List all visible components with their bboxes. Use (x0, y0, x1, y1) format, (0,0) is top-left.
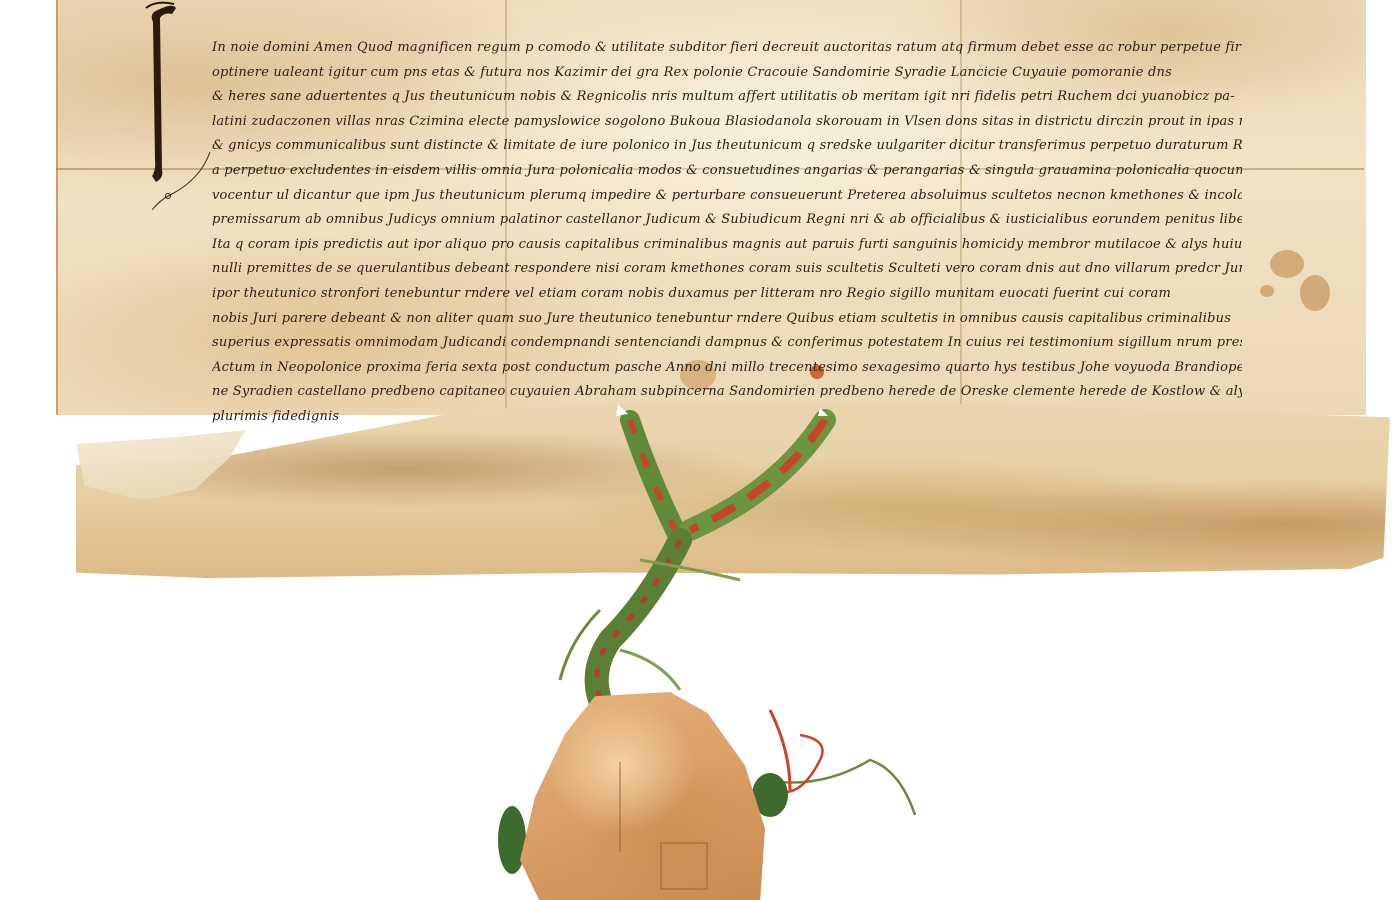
wax-seal (520, 692, 770, 900)
stain (1260, 285, 1274, 297)
charter-text: In noie domini Amen Quod magnificen regu… (212, 36, 1242, 430)
seal-building-impression (660, 842, 708, 890)
text-line-16: plurimis fidedignis (212, 405, 1242, 430)
text-line-7: vocentur ul dicantur que ipm Jus theutun… (212, 184, 1242, 209)
text-line-14: Actum in Neopolonice proxima feria sexta… (212, 356, 1242, 381)
charter-photograph: In noie domini Amen Quod magnificen regu… (0, 0, 1400, 900)
text-line-1: In noie domini Amen Quod magnificen regu… (212, 36, 1242, 61)
text-line-15: ne Syradien castellano predbeno capitane… (212, 380, 1242, 405)
text-line-3: & heres sane aduertentes q Jus theutunic… (212, 85, 1242, 110)
text-line-11: ipor theutunico stronfori tenebuntur rnd… (212, 282, 1242, 307)
text-line-4: latini zudaczonen villas nras Czimina el… (212, 110, 1242, 135)
text-line-6: a perpetuo excludentes in eisdem villis … (212, 159, 1242, 184)
initial-flourish (140, 150, 220, 220)
text-line-8: premissarum ab omnibus Judicys omnium pa… (212, 208, 1242, 233)
text-line-5: & gnicys communicalibus sunt distincte &… (212, 134, 1242, 159)
text-line-2: optinere ualeant igitur cum pns etas & f… (212, 61, 1242, 86)
text-line-10: nulli premittes de se querulantibus debe… (212, 257, 1242, 282)
text-line-9: Ita q coram ipis predictis aut ipor aliq… (212, 233, 1242, 258)
text-line-13: superius expressatis omnimodam Judicandi… (212, 331, 1242, 356)
text-line-12: nobis Juri parere debeant & non aliter q… (212, 307, 1242, 332)
stain (1270, 250, 1304, 278)
seal-figure-impression (615, 762, 621, 852)
stain (1300, 275, 1330, 311)
